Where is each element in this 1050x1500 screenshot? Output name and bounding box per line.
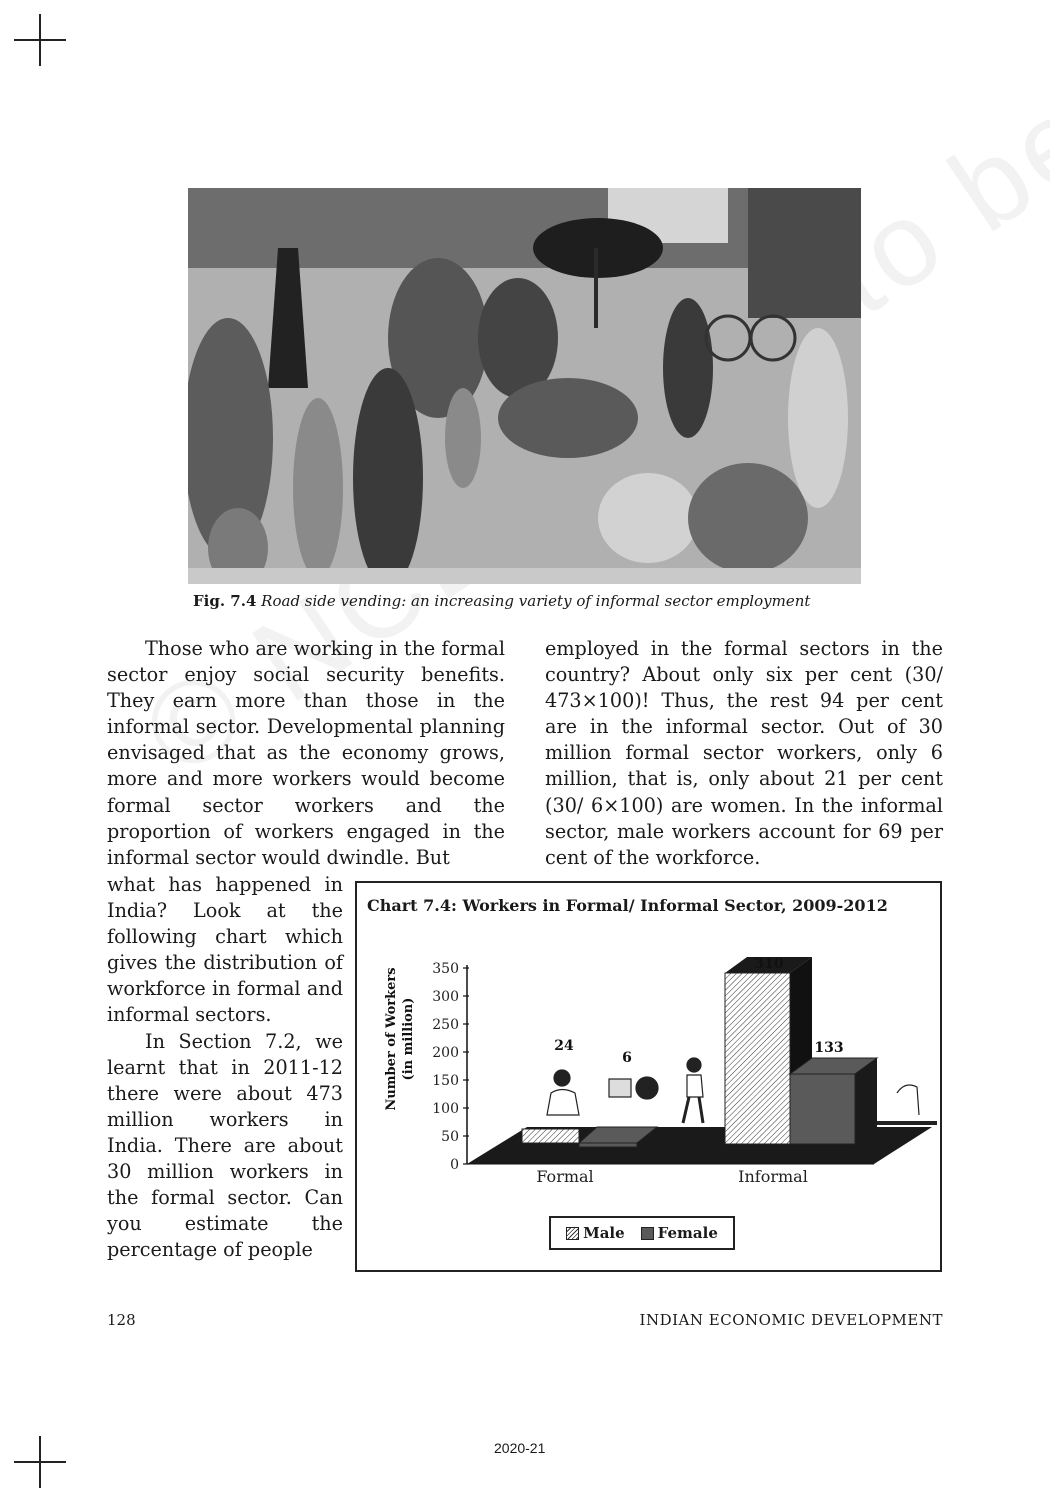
svg-text:(in million): (in million) [401, 998, 416, 1081]
x-tick-labels: Formal Informal [536, 1167, 808, 1186]
svg-text:0: 0 [450, 1157, 459, 1173]
crop-mark-top-left [14, 14, 66, 66]
svg-text:50: 50 [441, 1129, 459, 1145]
figure-caption: Fig. 7.4 Road side vending: an increasin… [193, 592, 873, 610]
legend-item-female: Female [641, 1224, 718, 1242]
svg-text:250: 250 [432, 1017, 459, 1033]
body-text-narrow: what has happened in India? Look at the … [107, 872, 343, 1263]
book-title: INDIAN ECONOMIC DEVELOPMENT [640, 1311, 943, 1329]
svg-text:133: 133 [814, 1040, 843, 1056]
legend-label: Male [583, 1224, 625, 1242]
y-axis-label: Number of Workers [384, 967, 399, 1110]
svg-text:310: 310 [754, 956, 783, 972]
chart-7-4: Chart 7.4: Workers in Formal/ Informal S… [355, 881, 942, 1272]
page-number: 128 [107, 1311, 136, 1329]
y-ticks: 0 50 100 150 200 250 300 350 [432, 961, 459, 1173]
edition-year: 2020-21 [494, 1440, 545, 1456]
paragraph: what has happened in India? Look at the … [107, 872, 343, 1029]
svg-text:100: 100 [432, 1101, 459, 1117]
svg-text:350: 350 [432, 961, 459, 977]
chart-legend: Male Female [549, 1216, 735, 1250]
paragraph: employed in the formal sectors in the co… [545, 636, 943, 871]
body-text-left: Those who are working in the formal sect… [107, 636, 505, 871]
hatched-swatch-icon [566, 1227, 579, 1240]
paragraph: Those who are working in the formal sect… [107, 636, 505, 871]
figure-photo [188, 188, 861, 584]
svg-text:300: 300 [432, 989, 459, 1005]
legend-item-male: Male [566, 1224, 625, 1242]
body-text-right: employed in the formal sectors in the co… [545, 636, 943, 871]
svg-text:6: 6 [622, 1050, 632, 1066]
svg-text:200: 200 [432, 1045, 459, 1061]
crop-mark-bottom-left [14, 1436, 66, 1488]
solid-swatch-icon [641, 1227, 654, 1240]
svg-text:Formal: Formal [536, 1167, 593, 1186]
legend-label: Female [658, 1224, 718, 1242]
svg-text:150: 150 [432, 1073, 459, 1089]
paragraph: In Section 7.2, we learnt that in 2011-1… [107, 1029, 343, 1264]
figure-label: Fig. 7.4 [193, 592, 256, 610]
svg-text:Informal: Informal [738, 1167, 808, 1186]
figure-caption-text: Road side vending: an increasing variety… [261, 592, 810, 610]
svg-text:24: 24 [554, 1038, 574, 1054]
